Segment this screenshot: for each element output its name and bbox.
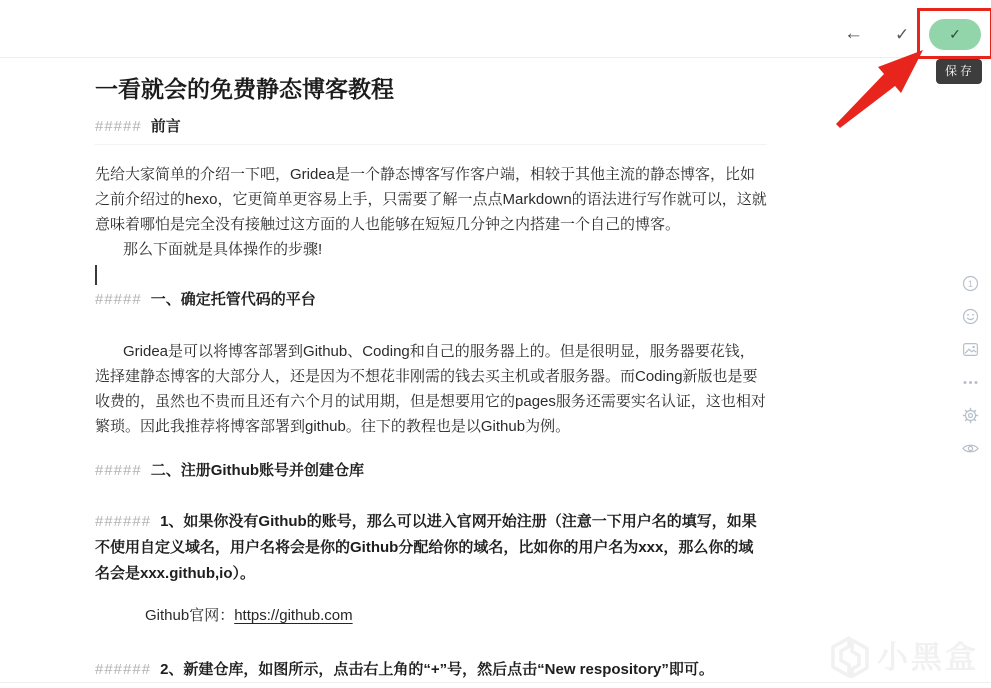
heybox-logo-icon	[830, 636, 870, 680]
back-arrow-icon[interactable]: ←	[844, 25, 863, 42]
emoji-smiley-icon[interactable]	[962, 308, 979, 325]
more-ellipsis-icon[interactable]	[962, 374, 979, 391]
heading-hash-marks: #####	[95, 291, 142, 308]
post-title[interactable]: 一看就会的免费静态博客教程	[95, 73, 767, 105]
text-caret	[95, 265, 97, 285]
heading-text: 前言	[151, 118, 181, 135]
heading-hash-marks: ######	[95, 661, 151, 678]
heading-text: 1、如果你没有Github的账号，那么可以进入官网开始注册（注意一下用户名的填写…	[95, 513, 757, 582]
github-link-line[interactable]: Github官网：https://github.com	[95, 605, 767, 626]
paragraph-steps[interactable]: 那么下面就是具体操作的步骤!	[95, 237, 767, 262]
heading-two[interactable]: #####二、注册Github账号并创建仓库	[95, 461, 767, 480]
saved-check-icon[interactable]: ✓	[895, 26, 909, 43]
highlight-box-annotation	[917, 8, 991, 59]
link-prefix-label: Github官网：	[145, 607, 234, 624]
heading-hash-marks: ######	[95, 513, 151, 530]
heading-hash-marks: #####	[95, 462, 142, 479]
top-toolbar: ← ✓ ✓	[0, 0, 991, 58]
heading-text: 二、注册Github账号并创建仓库	[151, 462, 364, 479]
watermark-text: 小黑盒	[877, 638, 979, 678]
info-circle-one-icon[interactable]: 1	[962, 275, 979, 292]
heading-hash-marks: #####	[95, 118, 142, 135]
window-bottom-edge	[0, 682, 991, 683]
heading-text: 一、确定托管代码的平台	[151, 291, 316, 308]
heybox-watermark: 小黑盒	[830, 636, 979, 680]
settings-gear-icon[interactable]	[962, 407, 979, 424]
preview-eye-icon[interactable]	[962, 440, 979, 457]
editor-tool-rail: 1	[962, 275, 979, 457]
empty-line[interactable]	[95, 262, 767, 288]
save-tooltip: 保存	[936, 59, 982, 84]
heading-text: 2、新建仓库，如图所示，点击右上角的“+”号，然后点击“New resposit…	[160, 661, 714, 678]
insert-image-icon[interactable]	[962, 341, 979, 358]
heading-one[interactable]: #####一、确定托管代码的平台	[95, 290, 767, 309]
heading-foreword[interactable]: #####前言	[95, 117, 767, 145]
paragraph-intro[interactable]: 先给大家简单的介绍一下吧，Gridea是一个静态博客写作客户端，相较于其他主流的…	[95, 162, 767, 237]
paragraph-platform[interactable]: Gridea是可以将博客部署到Github、Coding和自己的服务器上的。但是…	[95, 339, 767, 439]
markdown-editor-area[interactable]: 一看就会的免费静态博客教程 #####前言 先给大家简单的介绍一下吧，Gride…	[95, 57, 767, 683]
github-link[interactable]: https://github.com	[234, 607, 352, 624]
heading-register[interactable]: ######1、如果你没有Github的账号，那么可以进入官网开始注册（注意一下…	[95, 509, 767, 587]
svg-text:1: 1	[968, 279, 973, 289]
heading-new-repo[interactable]: ######2、新建仓库，如图所示，点击右上角的“+”号，然后点击“New re…	[95, 657, 767, 683]
